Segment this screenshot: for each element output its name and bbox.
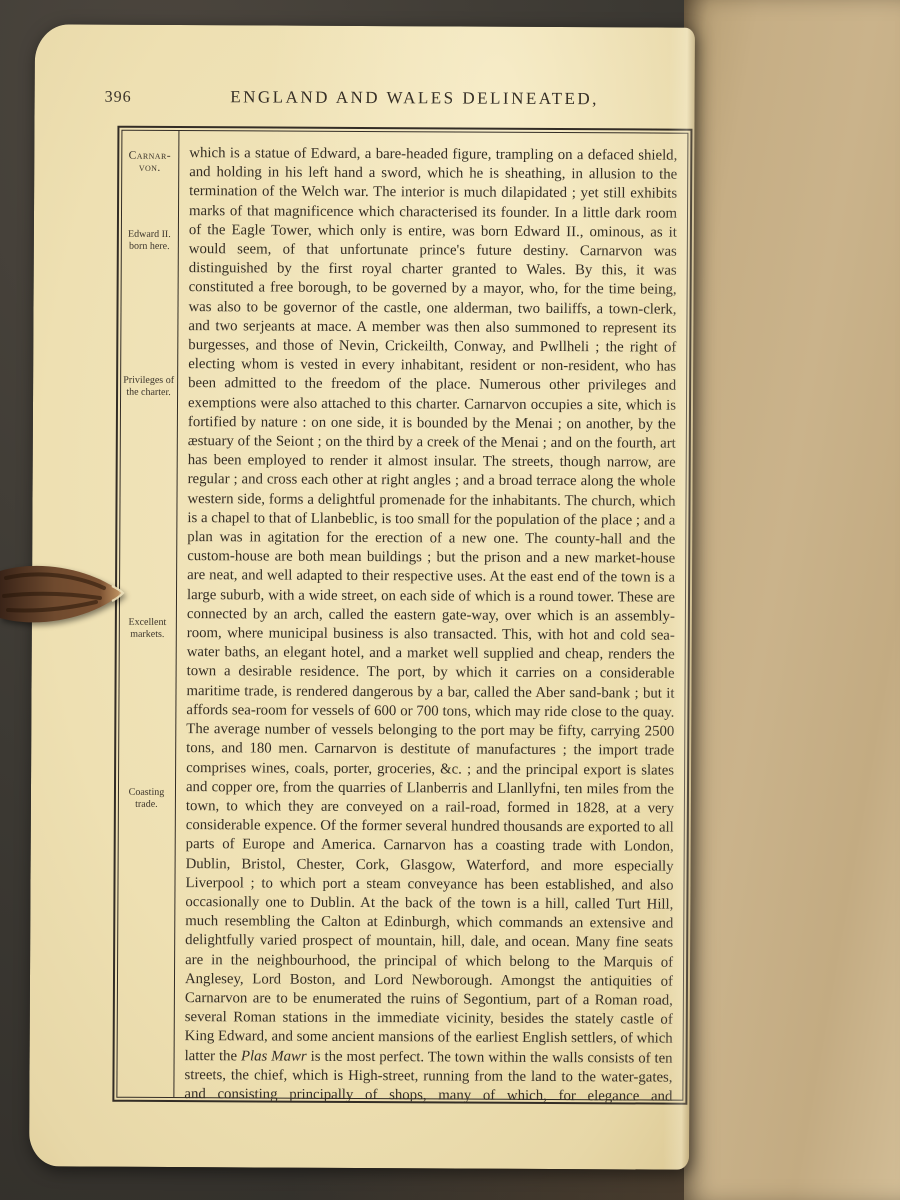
article-paragraph: which is a statue of Edward, a bare-head… bbox=[184, 144, 677, 1105]
sidenote: Privileges of the charter. bbox=[122, 375, 175, 399]
sidenote: Carnar-von. bbox=[123, 150, 176, 174]
text-frame: Carnar-von.Edward II. born here.Privileg… bbox=[112, 126, 692, 1105]
article-body: which is a statue of Edward, a bare-head… bbox=[184, 144, 677, 1099]
bookmark-clip-icon bbox=[0, 562, 128, 626]
sidenote: Excellent markets. bbox=[121, 617, 174, 641]
book-scan-photo: 396 ENGLAND AND WALES DELINEATED, Carnar… bbox=[0, 0, 900, 1200]
sidenote: Edward II. born here. bbox=[123, 229, 176, 253]
book-page: 396 ENGLAND AND WALES DELINEATED, Carnar… bbox=[29, 24, 695, 1169]
running-title: ENGLAND AND WALES DELINEATED, bbox=[135, 87, 695, 110]
sidenote: Coasting trade. bbox=[120, 787, 173, 811]
facing-page bbox=[684, 0, 900, 1200]
page-number: 396 bbox=[105, 89, 132, 107]
